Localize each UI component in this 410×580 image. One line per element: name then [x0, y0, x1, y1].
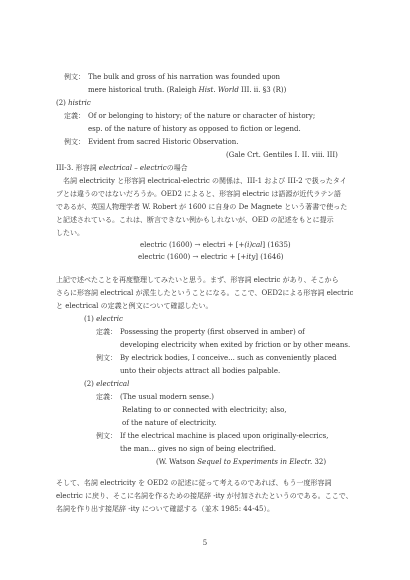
paragraph-line: したい。: [56, 229, 84, 238]
formula-line: electric (1600) → electri + [+(i)cal] (1…: [140, 241, 291, 250]
example-line: unto their objects attract all bodies pa…: [120, 367, 280, 376]
paragraph-line: electric に戻り、そこに名詞を作るための接尾辞 -ity が付加されたと…: [56, 492, 353, 501]
definition-label: 定義：: [64, 112, 88, 121]
citation-line: (Gale Crt. Gentiles I. II. viii. III): [226, 151, 338, 160]
example-line: 例文：If the electrical machine is placed u…: [96, 432, 328, 441]
citation-text: (W. Watson: [156, 458, 197, 466]
example-text: By electrick bodies, I conceive... such …: [120, 354, 337, 362]
section-heading: III-3. 形容詞 electrical – electricの場合: [56, 164, 188, 173]
section-number: III-3. 形容詞: [56, 164, 99, 172]
example-label: 例文：: [96, 432, 120, 441]
item-number: (1): [84, 315, 96, 323]
definition-line: 定義：Of or belonging to history; of the na…: [64, 112, 315, 121]
example-line: 例文：The bulk and gross of his narration w…: [64, 73, 280, 82]
citation-line: (W. Watson Sequel to Experiments in Elec…: [156, 458, 326, 467]
paragraph-line: と electrical の定義と例文について確認したい。: [56, 302, 213, 311]
example-text: The bulk and gross of his narration was …: [88, 73, 280, 81]
formula-text: electric (1600) → electri + [+: [140, 241, 244, 249]
item-number: (2): [84, 380, 96, 388]
suffix: (i)cal: [244, 241, 262, 249]
formula-text: electric (1600) → electric + [+: [138, 253, 246, 261]
definition-line: 定義：(The usual modern sense.): [96, 393, 214, 402]
citation-text: (Gale Crt. Gentiles I. II. viii. III): [226, 151, 338, 159]
headword: electric: [96, 315, 123, 323]
example-text: If the electrical machine is placed upon…: [120, 432, 328, 440]
headword: histric: [68, 99, 91, 107]
definition-text: (The usual modern sense.): [120, 393, 214, 401]
definition-line: 定義：Possessing the property (first observ…: [96, 328, 305, 337]
paragraph-line: 名詞 electricity と形容詞 electrical-electric …: [56, 177, 347, 186]
example-line: mere historical truth. (Raleigh Hist. Wo…: [88, 86, 286, 95]
formula-text: ] (1646): [255, 253, 283, 261]
work-title: Sequel to Experiments in Electr.: [197, 458, 312, 466]
paragraph-line: であるが、英国人物理学者 W. Robert が 1600 に自身の De Ma…: [56, 203, 347, 212]
definition-line: esp. of the nature of history as opposed…: [88, 125, 301, 134]
paragraph-line: そして、名詞 electricity を OED2 の記述に従って考えるのであれ…: [56, 479, 331, 488]
paragraph-line: と記述されている。これは、断言できない例かもしれないが、OED の記述をもとに提…: [56, 216, 334, 225]
paragraph-line: 名詞を作り出す接尾辞 -ity について確認する（並木 1985: 44-45）…: [56, 505, 274, 514]
example-label: 例文：: [96, 354, 120, 363]
citation-text: 32): [312, 458, 326, 466]
example-line: the man... gives no sign of being electr…: [120, 445, 276, 454]
suffix: ity: [246, 253, 255, 261]
headword: electrical: [96, 380, 129, 388]
example-label: 例文：: [64, 138, 88, 147]
work-title: Hist. World: [199, 86, 239, 94]
definition-text: Possessing the property (first observed …: [120, 328, 305, 336]
example-line: 例文：Evident from sacred Historic Observat…: [64, 138, 239, 147]
definition-line: of the nature of electricity.: [122, 419, 217, 428]
subheading: (1) electric: [84, 315, 123, 324]
formula-text: ] (1635): [262, 241, 290, 249]
paragraph-line: プとは違うのではないだろうか。OED2 によると、形容詞 electric は語…: [56, 190, 341, 199]
item-number: (2): [56, 99, 68, 107]
definition-line: developing electricity when exited by fr…: [120, 341, 350, 350]
example-text: mere historical truth. (Raleigh: [88, 86, 199, 94]
definition-label: 定義：: [96, 328, 120, 337]
definition-label: 定義：: [96, 393, 120, 402]
paragraph-line: さらに形容詞 electrical が派生したということになる。ここで、OED2…: [56, 289, 353, 298]
example-label: 例文：: [64, 73, 88, 82]
subheading: (2) histric: [56, 99, 91, 108]
headword: electrical – electric: [99, 164, 167, 172]
definition-text: Of or belonging to history; of the natur…: [88, 112, 315, 120]
definition-text: esp. of the nature of history as opposed…: [88, 125, 301, 133]
formula-line: electric (1600) → electric + [+ity] (164…: [138, 253, 284, 262]
definition-line: Relating to or connected with electricit…: [122, 406, 287, 415]
citation-text: III. ii. §3 (R)): [239, 86, 287, 94]
example-text: Evident from sacred Historic Observation…: [88, 138, 239, 146]
paragraph-line: 上記で述べたことを再度整理してみたいと思う。まず、形容詞 electric があ…: [56, 276, 339, 285]
section-title-suffix: の場合: [167, 164, 188, 172]
subheading: (2) electrical: [84, 380, 129, 389]
page-number: 5: [0, 539, 410, 547]
example-line: 例文：By electrick bodies, I conceive... su…: [96, 354, 337, 363]
